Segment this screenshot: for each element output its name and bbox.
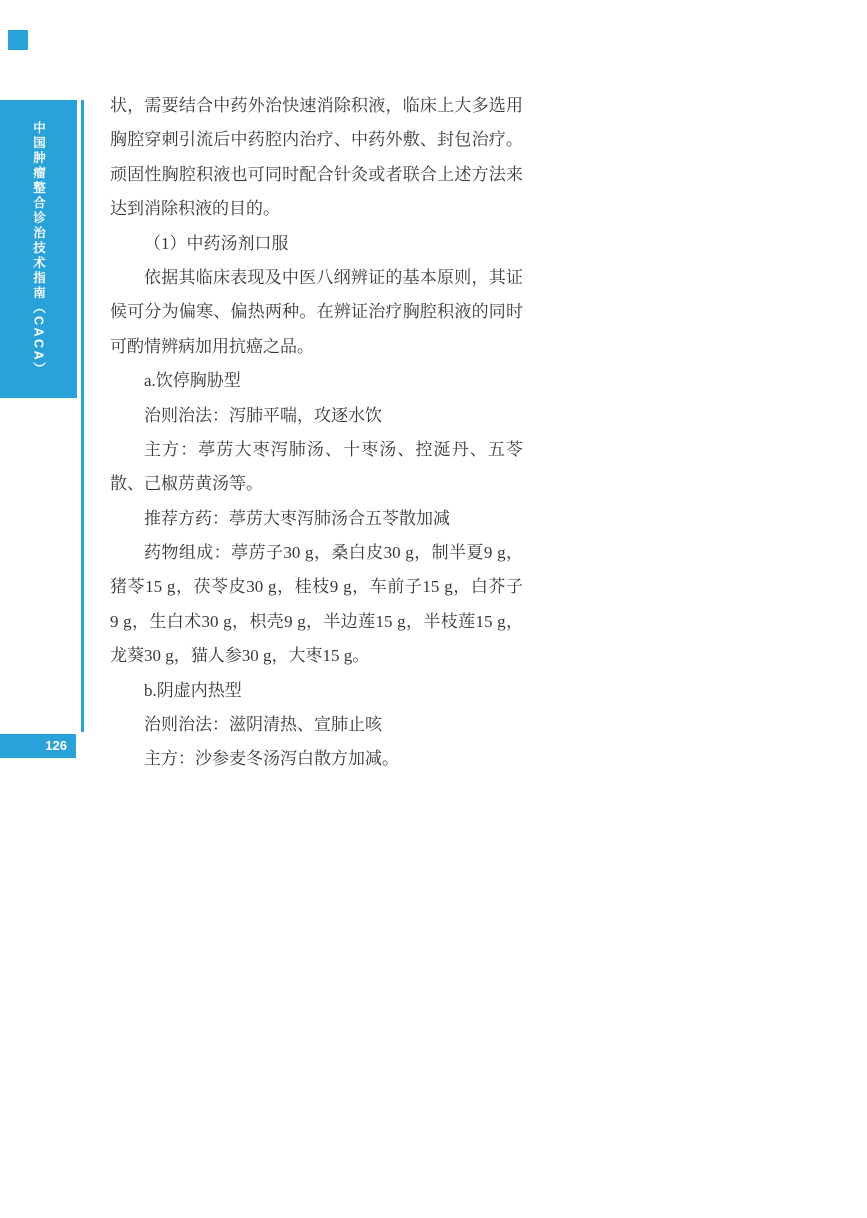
text-line: 推荐方药：葶苈大枣泻肺汤合五苓散加减 xyxy=(110,502,523,536)
text-line: b.阴虚内热型 xyxy=(110,674,523,708)
corner-accent-square xyxy=(8,30,28,50)
text-line: 候可分为偏寒、偏热两种。在辨证治疗胸腔积液的同时 xyxy=(110,295,523,329)
document-body: 状，需要结合中药外治快速消除积液，临床上大多选用胸腔穿刺引流后中药腔内治疗、中药… xyxy=(110,89,523,777)
text-line: 猪苓15 g，茯苓皮30 g，桂枝9 g，车前子15 g，白芥子 xyxy=(110,570,523,604)
text-line: 达到消除积液的目的。 xyxy=(110,192,523,226)
text-line: 主方：葶苈大枣泻肺汤、十枣汤、控涎丹、五苓 xyxy=(110,433,523,467)
page-number-badge: 126 xyxy=(0,734,76,758)
text-line: 胸腔穿刺引流后中药腔内治疗、中药外敷、封包治疗。 xyxy=(110,123,523,157)
text-line: 可酌情辨病加用抗癌之品。 xyxy=(110,330,523,364)
text-line: 9 g，生白术30 g，枳壳9 g，半边莲15 g，半枝莲15 g， xyxy=(110,605,523,639)
text-line: 治则治法：泻肺平喘，攻逐水饮 xyxy=(110,399,523,433)
sidebar-banner: 中国肿瘤整合诊治技术指南（CACA） xyxy=(0,100,77,398)
text-line: 状，需要结合中药外治快速消除积液，临床上大多选用 xyxy=(110,89,523,123)
sidebar-banner-title: 中国肿瘤整合诊治技术指南（CACA） xyxy=(30,121,48,377)
text-line: 药物组成：葶苈子30 g，桑白皮30 g，制半夏9 g， xyxy=(110,536,523,570)
text-line: 主方：沙参麦冬汤泻白散方加减。 xyxy=(110,742,523,776)
text-line: 顽固性胸腔积液也可同时配合针灸或者联合上述方法来 xyxy=(110,158,523,192)
text-line: 依据其临床表现及中医八纲辨证的基本原则，其证 xyxy=(110,261,523,295)
text-line: 龙葵30 g，猫人参30 g，大枣15 g。 xyxy=(110,639,523,673)
text-line: a.饮停胸胁型 xyxy=(110,364,523,398)
text-line: 治则治法：滋阴清热、宣肺止咳 xyxy=(110,708,523,742)
text-line: 散、己椒苈黄汤等。 xyxy=(110,467,523,501)
sidebar-divider-line xyxy=(81,100,84,732)
text-line: （1）中药汤剂口服 xyxy=(110,227,523,261)
book-page: 中国肿瘤整合诊治技术指南（CACA） 126 状，需要结合中药外治快速消除积液，… xyxy=(0,0,867,1218)
